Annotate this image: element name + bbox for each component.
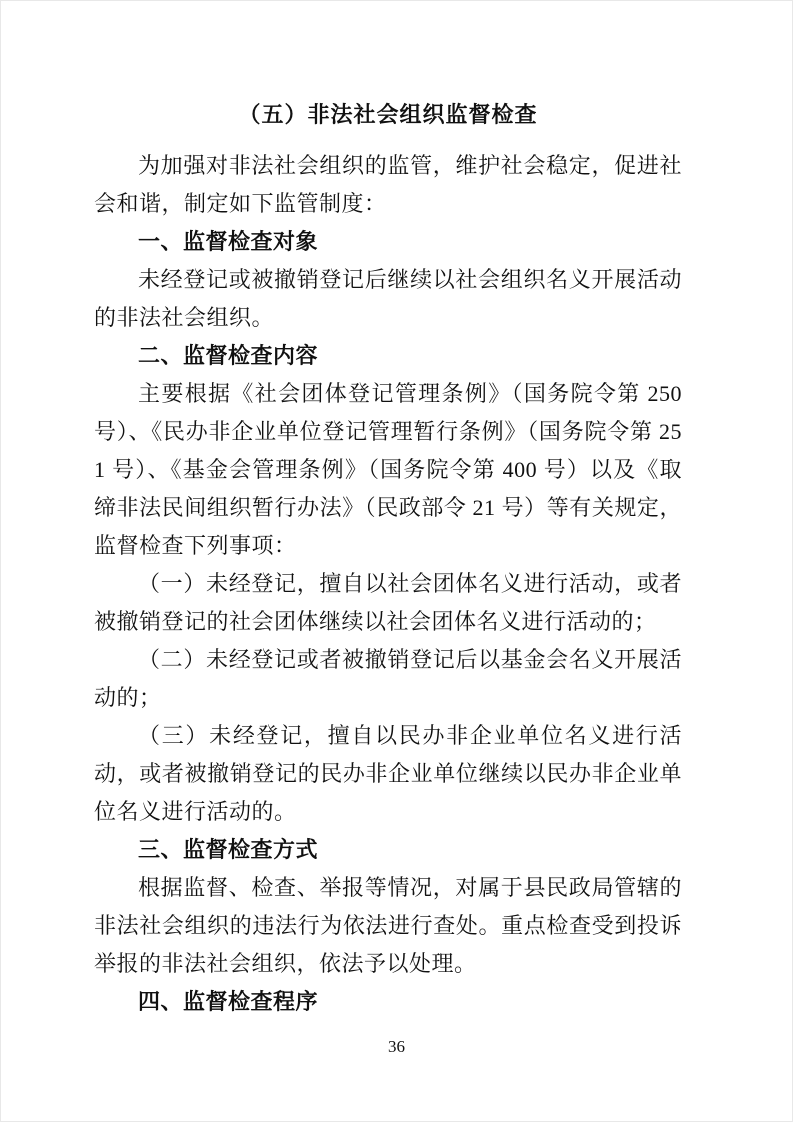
paragraph-intro: 为加强对非法社会组织的监管，维护社会稳定，促进社会和谐，制定如下监管制度： (94, 147, 682, 223)
heading-section-2: 二、监督检查内容 (94, 337, 682, 375)
page-number: 36 (1, 1034, 792, 1060)
heading-section-3: 三、监督检查方式 (94, 831, 682, 869)
heading-section-1: 一、监督检查对象 (94, 223, 682, 261)
document-body: （五）非法社会组织监督检查 为加强对非法社会组织的监管，维护社会稳定，促进社会和… (94, 96, 682, 1021)
paragraph-item-1: （一）未经登记，擅自以社会团体名义进行活动，或者被撤销登记的社会团体继续以社会团… (94, 565, 682, 641)
paragraph-item-3: （三）未经登记，擅自以民办非企业单位名义进行活动，或者被撤销登记的民办非企业单位… (94, 717, 682, 831)
paragraph-section-3: 根据监督、检查、举报等情况，对属于县民政局管辖的非法社会组织的违法行为依法进行查… (94, 869, 682, 983)
paragraph-section-1: 未经登记或被撤销登记后继续以社会组织名义开展活动的非法社会组织。 (94, 261, 682, 337)
heading-section-4: 四、监督检查程序 (94, 983, 682, 1021)
paragraph-section-2: 主要根据《社会团体登记管理条例》（国务院令第 250 号）、《民办非企业单位登记… (94, 375, 682, 565)
document-title: （五）非法社会组织监督检查 (94, 96, 682, 134)
document-page: （五）非法社会组织监督检查 为加强对非法社会组织的监管，维护社会稳定，促进社会和… (0, 0, 793, 1122)
paragraph-item-2: （二）未经登记或者被撤销登记后以基金会名义开展活动的； (94, 641, 682, 717)
